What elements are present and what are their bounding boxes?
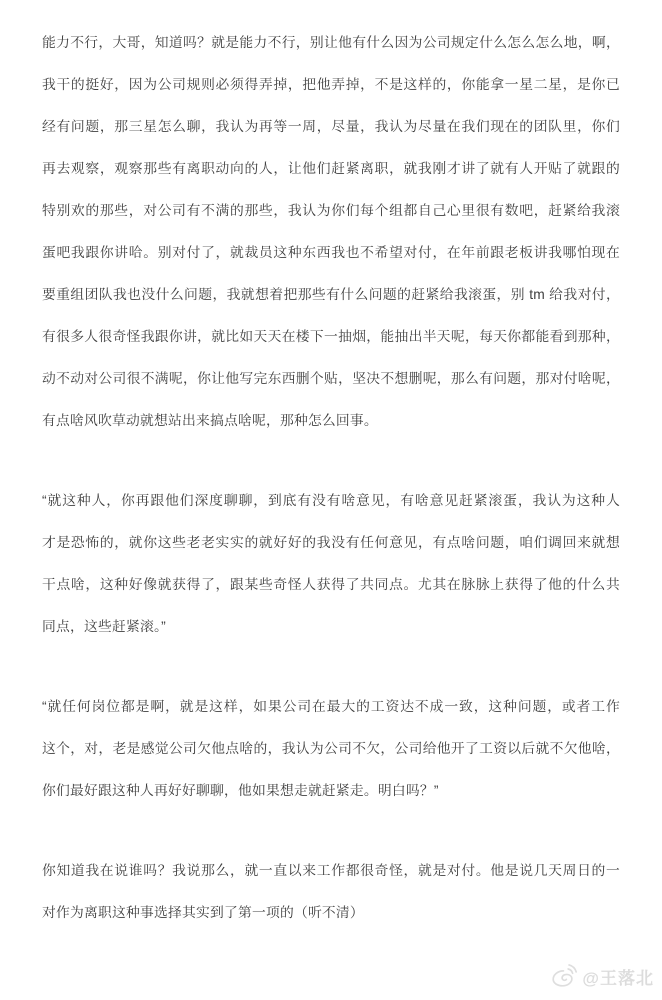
watermark: @王落北 <box>549 962 654 990</box>
text-line: 经有问题，那三星怎么聊，我认为再等一周，尽量，我认为尽量在我们现在的团队里，你们 <box>42 106 620 148</box>
text-line: 动不动对公司很不满呢，你让他写完东西删个贴，坚决不想删呢，那么有问题，那对付啥呢… <box>42 358 620 400</box>
watermark-text: @王落北 <box>582 964 654 989</box>
text-line: 有很多人很奇怪我跟你讲，就比如天天在楼下一抽烟，能抽出半天呢，每天你都能看到那种… <box>42 316 620 358</box>
text-content: 能力不行，大哥，知道吗？就是能力不行，别让他有什么因为公司规定什么怎么怎么地，啊… <box>42 22 620 934</box>
text-line: 这个，对，老是感觉公司欠他点啥的，我认为公司不欠，公司给他开了工资以后就不欠他啥… <box>42 728 620 770</box>
text-line: 能力不行，大哥，知道吗？就是能力不行，别让他有什么因为公司规定什么怎么怎么地，啊… <box>42 22 620 64</box>
text-line: 要重组团队我也没什么问题，我就想着把那些有什么问题的赶紧给我滚蛋，别 tm 给我… <box>42 274 620 316</box>
text-line: 同点，这些赶紧滚。” <box>42 606 620 648</box>
text-line: “就这种人，你再跟他们深度聊聊，到底有没有啥意见，有啥意见赶紧滚蛋，我认为这种人 <box>42 480 620 522</box>
paragraph-2: “就这种人，你再跟他们深度聊聊，到底有没有啥意见，有啥意见赶紧滚蛋，我认为这种人… <box>42 480 620 648</box>
paragraph-3: “就任何岗位都是啊，就是这样，如果公司在最大的工资达不成一致，这种问题，或者工作… <box>42 686 620 812</box>
paragraph-1: 能力不行，大哥，知道吗？就是能力不行，别让他有什么因为公司规定什么怎么怎么地，啊… <box>42 22 620 442</box>
paragraph-4: 你知道我在说谁吗？我说那么，就一直以来工作都很奇怪，就是对付。他是说几天周日的一… <box>42 850 620 934</box>
text-line: 对作为离职这种事选择其实到了第一项的（听不清） <box>42 892 620 934</box>
text-line: 再去观察，观察那些有离职动向的人，让他们赶紧离职，就我刚才讲了就有人开贴了就跟的 <box>42 148 620 190</box>
text-line: 蛋吧我跟你讲哈。别对付了，就裁员这种东西我也不希望对付，在年前跟老板讲我哪怕现在 <box>42 232 620 274</box>
text-line: 特别欢的那些，对公司有不满的那些，我认为你们每个组都自己心里很有数吧，赶紧给我滚 <box>42 190 620 232</box>
text-line: 才是恐怖的，就你这些老老实实的就好好的我没有任何意见，有点啥问题，咱们调回来就想 <box>42 522 620 564</box>
text-line: 有点啥风吹草动就想站出来搞点啥呢，那种怎么回事。 <box>42 400 620 442</box>
text-line: 你知道我在说谁吗？我说那么，就一直以来工作都很奇怪，就是对付。他是说几天周日的一 <box>42 850 620 892</box>
document-page: 能力不行，大哥，知道吗？就是能力不行，别让他有什么因为公司规定什么怎么怎么地，啊… <box>0 0 662 1000</box>
text-line: 你们最好跟这种人再好好聊聊，他如果想走就赶紧走。明白吗？” <box>42 770 620 812</box>
text-line: 干点啥，这种好像就获得了，跟某些奇怪人获得了共同点。尤其在脉脉上获得了他的什么共 <box>42 564 620 606</box>
weibo-logo-icon <box>549 962 577 990</box>
text-line: 我干的挺好，因为公司规则必须得弄掉，把他弄掉，不是这样的，你能拿一星二星，是你已 <box>42 64 620 106</box>
text-line: “就任何岗位都是啊，就是这样，如果公司在最大的工资达不成一致，这种问题，或者工作 <box>42 686 620 728</box>
